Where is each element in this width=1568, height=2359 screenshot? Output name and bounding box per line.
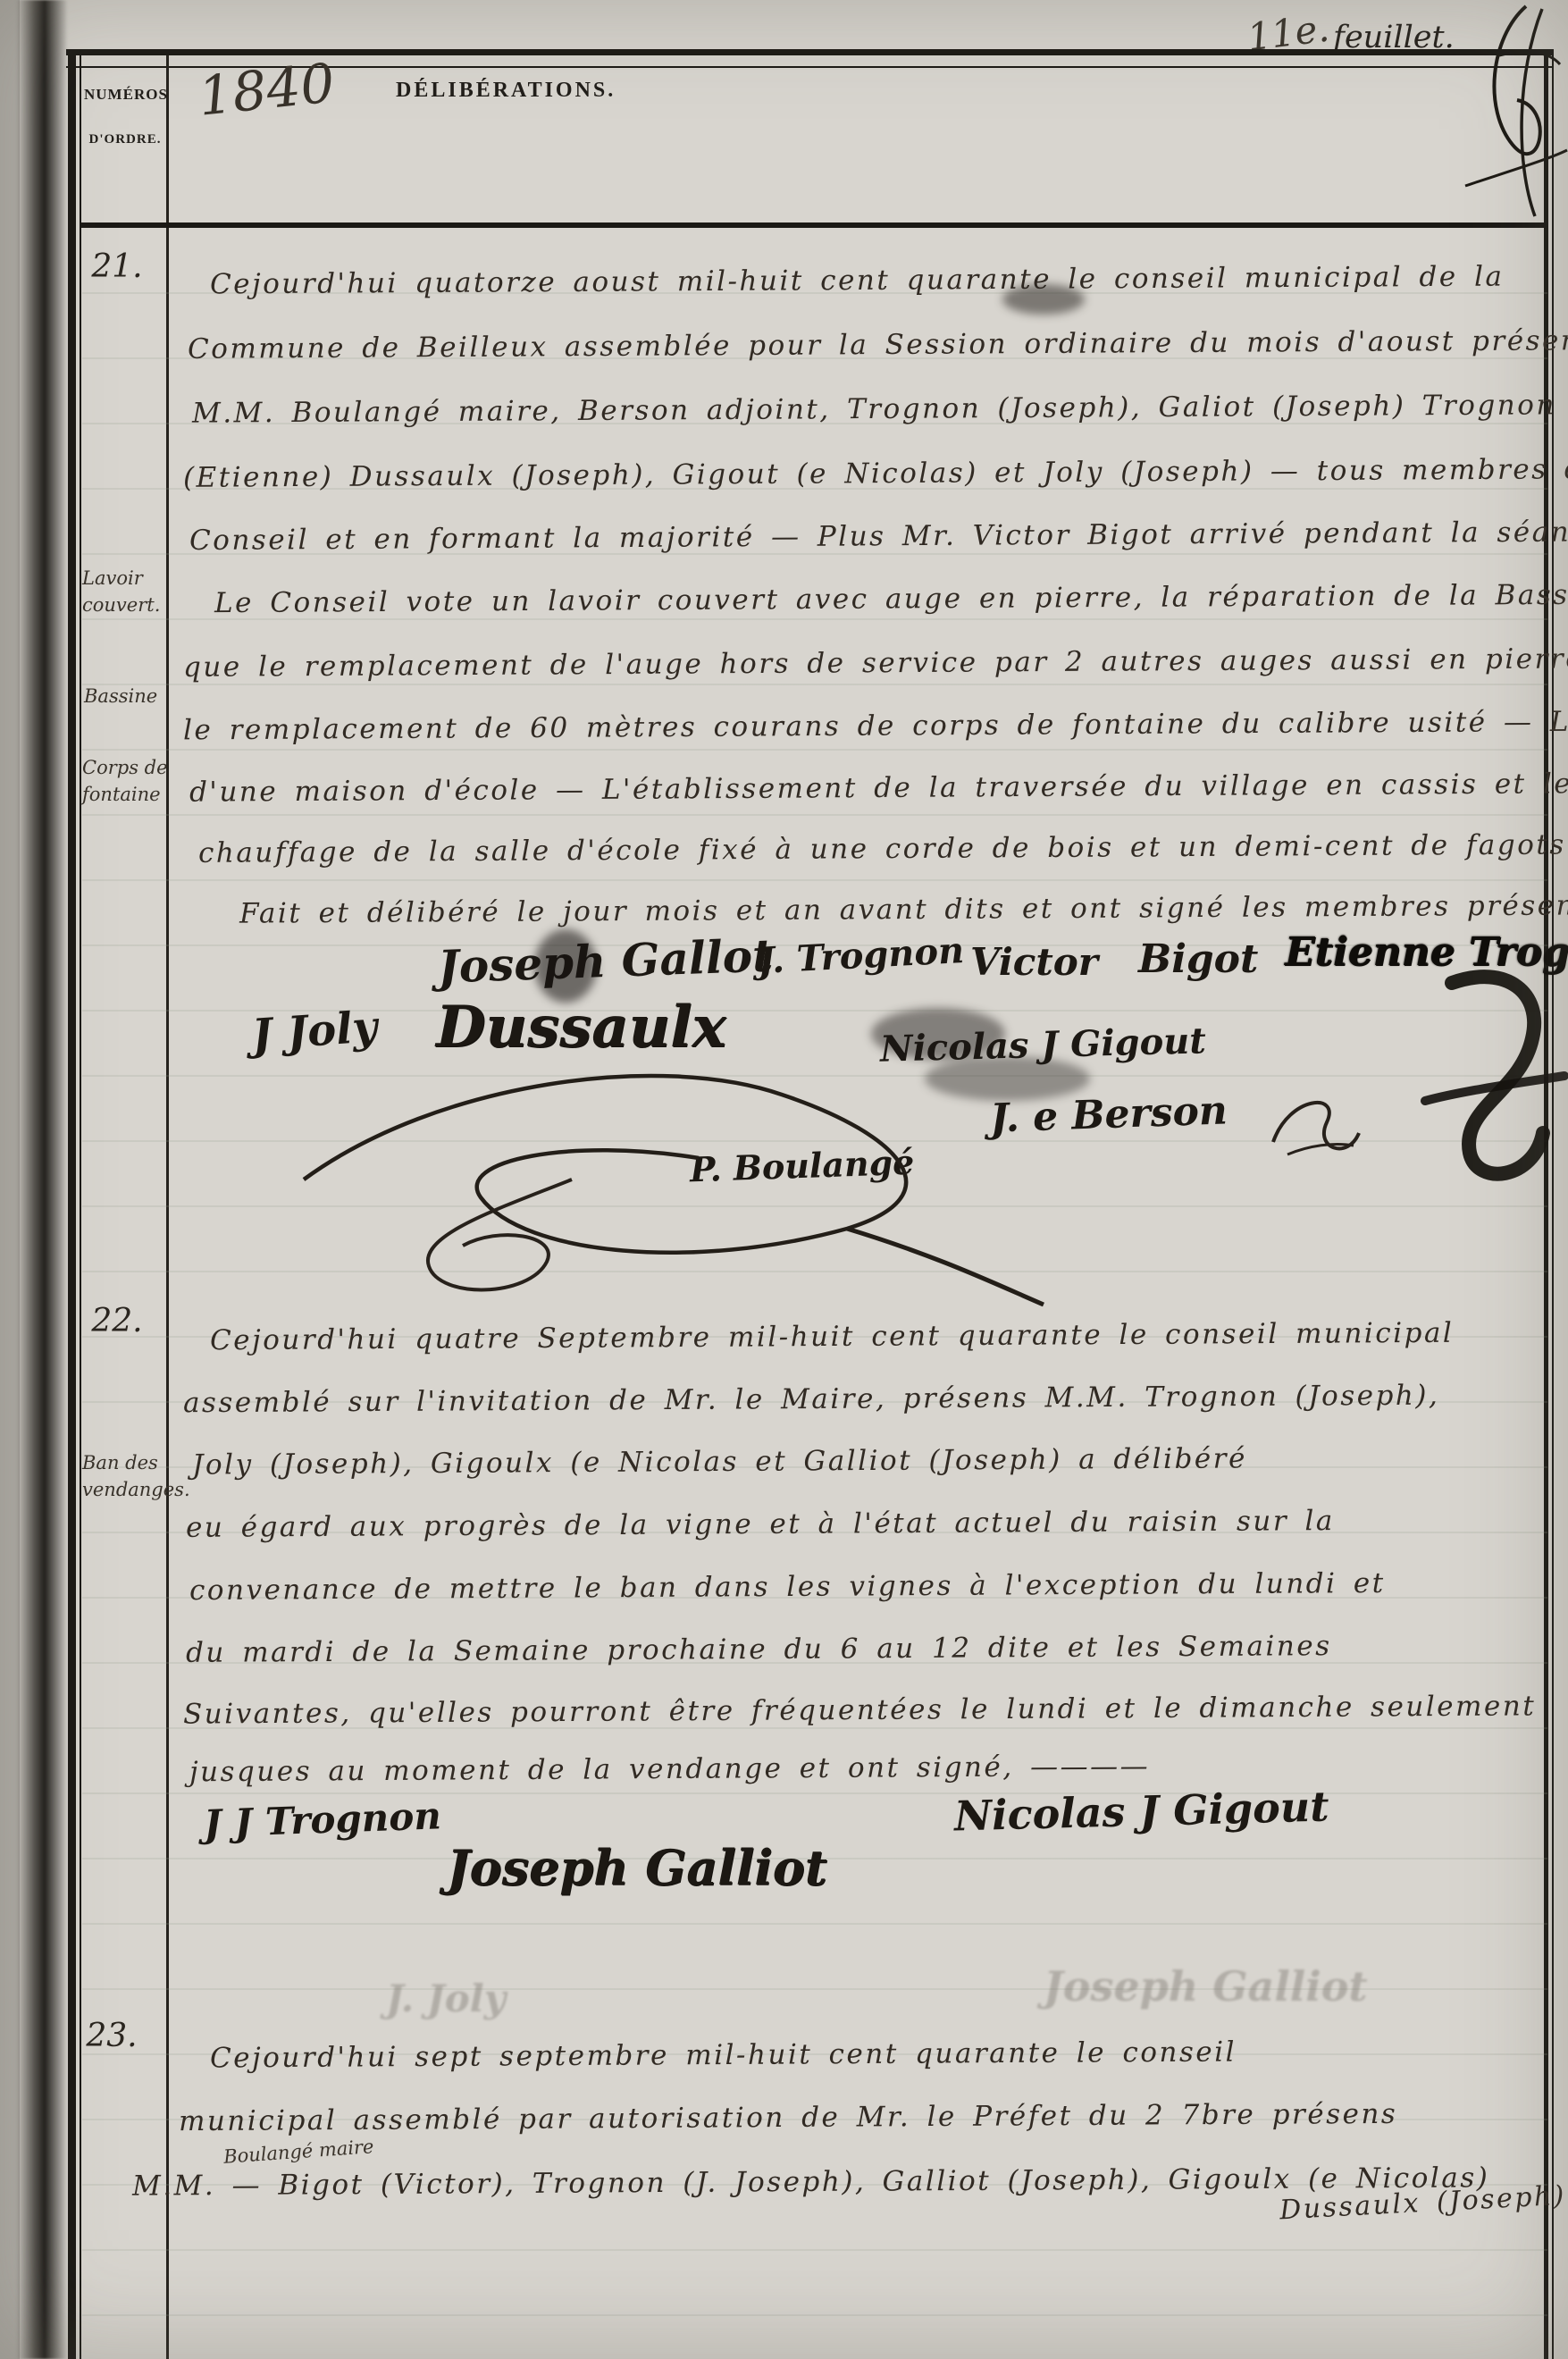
frame-left-border: [68, 49, 76, 2359]
margin-note: Ban des vendanges.: [82, 1449, 175, 1503]
column-header-ordre: D'ORDRE.: [84, 132, 166, 147]
year-annotation: 1840: [196, 52, 338, 129]
register-page-scan: 11e. feuillet. NUMÉROS D'ORDRE. 1840 DÉL…: [0, 0, 1568, 2359]
signature-flourish-icon: [1425, 956, 1568, 1206]
frame-top-border: [66, 49, 1554, 55]
deliberation-line: Joly (Joseph), Gigoulx (e Nicolas et Gal…: [192, 1442, 1247, 1481]
ink-blot: [1002, 284, 1085, 315]
deliberation-line: municipal assemblé par autorisation de M…: [179, 2098, 1397, 2137]
signature: Nicolas J Gigout: [953, 1783, 1329, 1841]
deliberation-line: assemblé sur l'invitation de Mr. le Mair…: [183, 1380, 1440, 1420]
deliberation-line: chauffage de la salle d'école fixé à une…: [198, 828, 1568, 869]
header-separator: [80, 222, 1548, 228]
bleed-through-signature: Joseph Galliot: [1044, 1962, 1368, 2011]
deliberation-line: le remplacement de 60 mètres courans de …: [183, 705, 1568, 747]
deliberation-line: Cejourd'hui quatorze aoust mil-huit cent…: [210, 261, 1505, 301]
deliberation-line: eu égard aux progrès de la vigne et à l'…: [186, 1505, 1335, 1544]
signature: Joseph Gallot: [437, 928, 774, 993]
entry-number: 23.: [71, 2018, 152, 2054]
margin-note: Corps de fontaine: [82, 754, 175, 808]
deliberation-line: que le remplacement de l'auge hors de se…: [183, 642, 1568, 684]
signature: Joseph Galliot: [447, 1839, 827, 1896]
signature: Bigot: [1138, 936, 1258, 982]
deliberation-line: (Etienne) Dussaulx (Joseph), Gigout (e N…: [183, 453, 1568, 494]
deliberation-line: convenance de mettre le ban dans les vig…: [189, 1567, 1386, 1607]
deliberation-line: d'une maison d'école — L'établissement d…: [189, 768, 1568, 808]
deliberation-line: Commune de Beilleux assemblée pour la Se…: [188, 324, 1568, 365]
ink-blot: [871, 1008, 1005, 1060]
deliberation-line: Le Conseil vote un lavoir couvert avec a…: [214, 578, 1568, 619]
deliberation-line: Suivantes, qu'elles pourront être fréque…: [183, 1690, 1536, 1730]
frame-left-inner-border: [80, 54, 81, 2359]
deliberation-line: Fait et délibéré le jour mois et an avan…: [239, 889, 1568, 929]
entry-number: 21.: [77, 248, 157, 285]
column-divider: [166, 55, 169, 2359]
binding-shadow: [16, 0, 68, 2359]
bleed-through-signature: J. Joly: [386, 1977, 506, 2020]
margin-note: Bassine: [84, 683, 177, 709]
signature: Victor: [970, 940, 1098, 984]
margin-note: Lavoir couvert.: [82, 565, 175, 618]
signature: J J Trognon: [203, 1793, 441, 1845]
deliberation-line: Cejourd'hui sept septembre mil-huit cent…: [210, 2036, 1237, 2074]
interline-insertion: Boulangé maire: [222, 2136, 374, 2168]
deliberation-line: M.M. Boulangé maire, Berson adjoint, Tro…: [192, 389, 1556, 429]
deliberation-line: Conseil et en formant la majorité — Plus…: [189, 516, 1568, 557]
deliberation-line: jusques au moment de la vendange et ont …: [189, 1750, 1150, 1789]
ink-blot: [925, 1056, 1090, 1101]
column-header-numeros: NUMÉROS: [84, 86, 166, 104]
entry-number: 22.: [77, 1303, 157, 1339]
deliberation-line: du mardi de la Semaine prochaine du 6 au…: [186, 1630, 1332, 1669]
signature: J. Trognon: [757, 929, 965, 982]
page-title: DÉLIBÉRATIONS.: [396, 79, 616, 103]
ink-blot: [534, 929, 597, 1003]
signature-flourish-icon: [393, 1172, 608, 1306]
deliberation-line: Cejourd'hui quatre Septembre mil-huit ce…: [210, 1317, 1455, 1357]
signature-paraph-icon: [1264, 1083, 1363, 1163]
